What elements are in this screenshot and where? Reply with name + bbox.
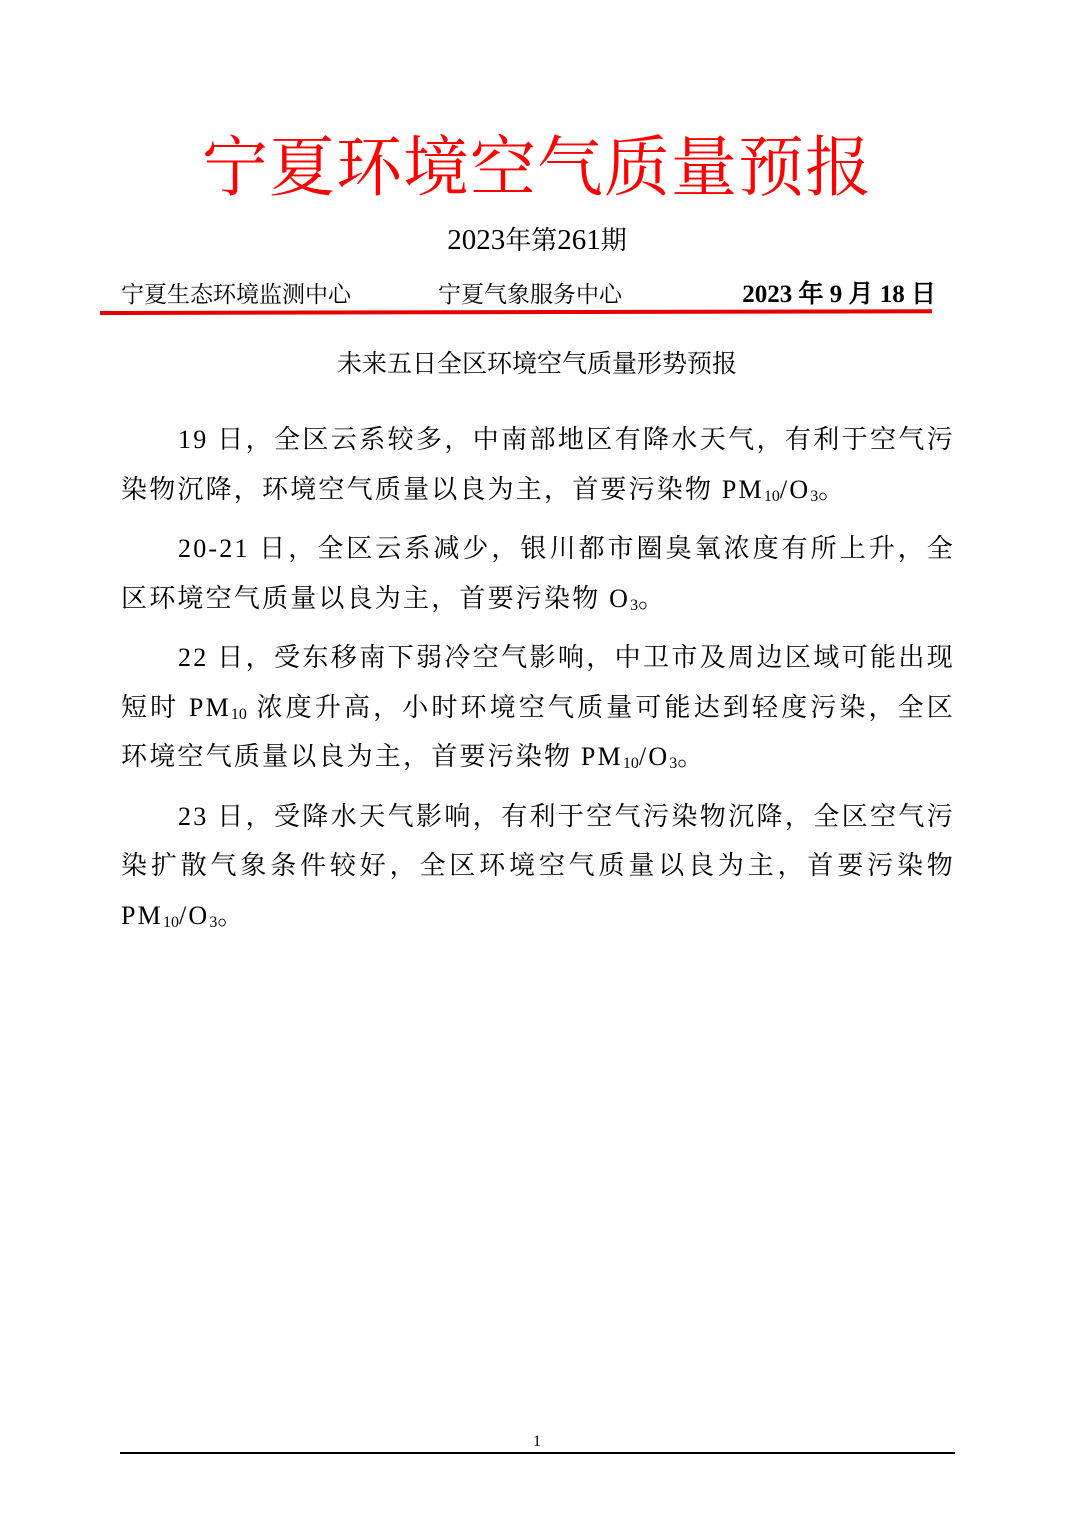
header-row: 宁夏生态环境监测中心 宁夏气象服务中心 2023 年 9 月 18 日: [121, 279, 936, 311]
masthead-title: 宁夏环境空气质量预报: [0, 128, 1074, 208]
subscript: 10: [163, 914, 179, 931]
issue-num-suffix: 期: [601, 226, 627, 256]
issue-date: 2023 年 9 月 18 日: [742, 279, 936, 311]
para-date: 23: [178, 802, 208, 831]
para-date: 22: [178, 643, 208, 672]
forecast-paragraph-22: 22 日，受东移南下弱冷空气影响，中卫市及周边区域可能出现短时 PM10 浓度升…: [121, 633, 955, 782]
subscript: 10: [623, 755, 639, 772]
issue-number: 2023年第261期: [0, 222, 1074, 259]
para-text: /O: [179, 901, 209, 930]
issue-year: 2023: [447, 224, 505, 256]
para-text: 。: [638, 584, 666, 613]
subscript: 10: [764, 488, 780, 505]
para-text: 。: [217, 901, 245, 930]
org-ecology-monitoring-center: 宁夏生态环境监测中心: [121, 279, 351, 311]
para-text: 日，受降水天气影响，有利于空气污染物沉降，全区空气污染扩散气象条件较好，全区环境…: [121, 802, 955, 930]
forecast-paragraph-20-21: 20-21 日，全区云系减少，银川都市圈臭氧浓度有所上升，全区环境空气质量以良为…: [121, 524, 955, 623]
issue-year-suffix: 年第: [505, 226, 557, 256]
forecast-body: 19 日，全区云系较多，中南部地区有降水天气，有利于空气污染物沉降，环境空气质量…: [121, 415, 955, 950]
issue-num: 261: [557, 224, 601, 256]
para-date: 20-21: [178, 534, 250, 563]
footer-divider-rule: [120, 1452, 955, 1454]
org-meteorological-service-center: 宁夏气象服务中心: [438, 279, 622, 311]
para-text: 。: [818, 475, 846, 504]
section-title: 未来五日全区环境空气质量形势预报: [0, 345, 1074, 383]
red-divider-rule: [100, 309, 932, 315]
para-text: 。: [677, 742, 705, 771]
document-page: 宁夏环境空气质量预报 2023年第261期 宁夏生态环境监测中心 宁夏气象服务中…: [0, 0, 1074, 1520]
page-number: 1: [0, 1432, 1074, 1452]
forecast-paragraph-19: 19 日，全区云系较多，中南部地区有降水天气，有利于空气污染物沉降，环境空气质量…: [121, 415, 955, 514]
para-text: /O: [639, 742, 669, 771]
para-text: /O: [780, 475, 810, 504]
subscript: 3: [630, 597, 638, 614]
subscript: 10: [231, 706, 247, 723]
para-text: 浓度升高，小时环境空气质量可能达到轻度污染，全区环境空气质量以良为主，首要污染物…: [121, 693, 955, 772]
forecast-paragraph-23: 23 日，受降水天气影响，有利于空气污染物沉降，全区空气污染扩散气象条件较好，全…: [121, 792, 955, 941]
para-date: 19: [178, 425, 208, 454]
